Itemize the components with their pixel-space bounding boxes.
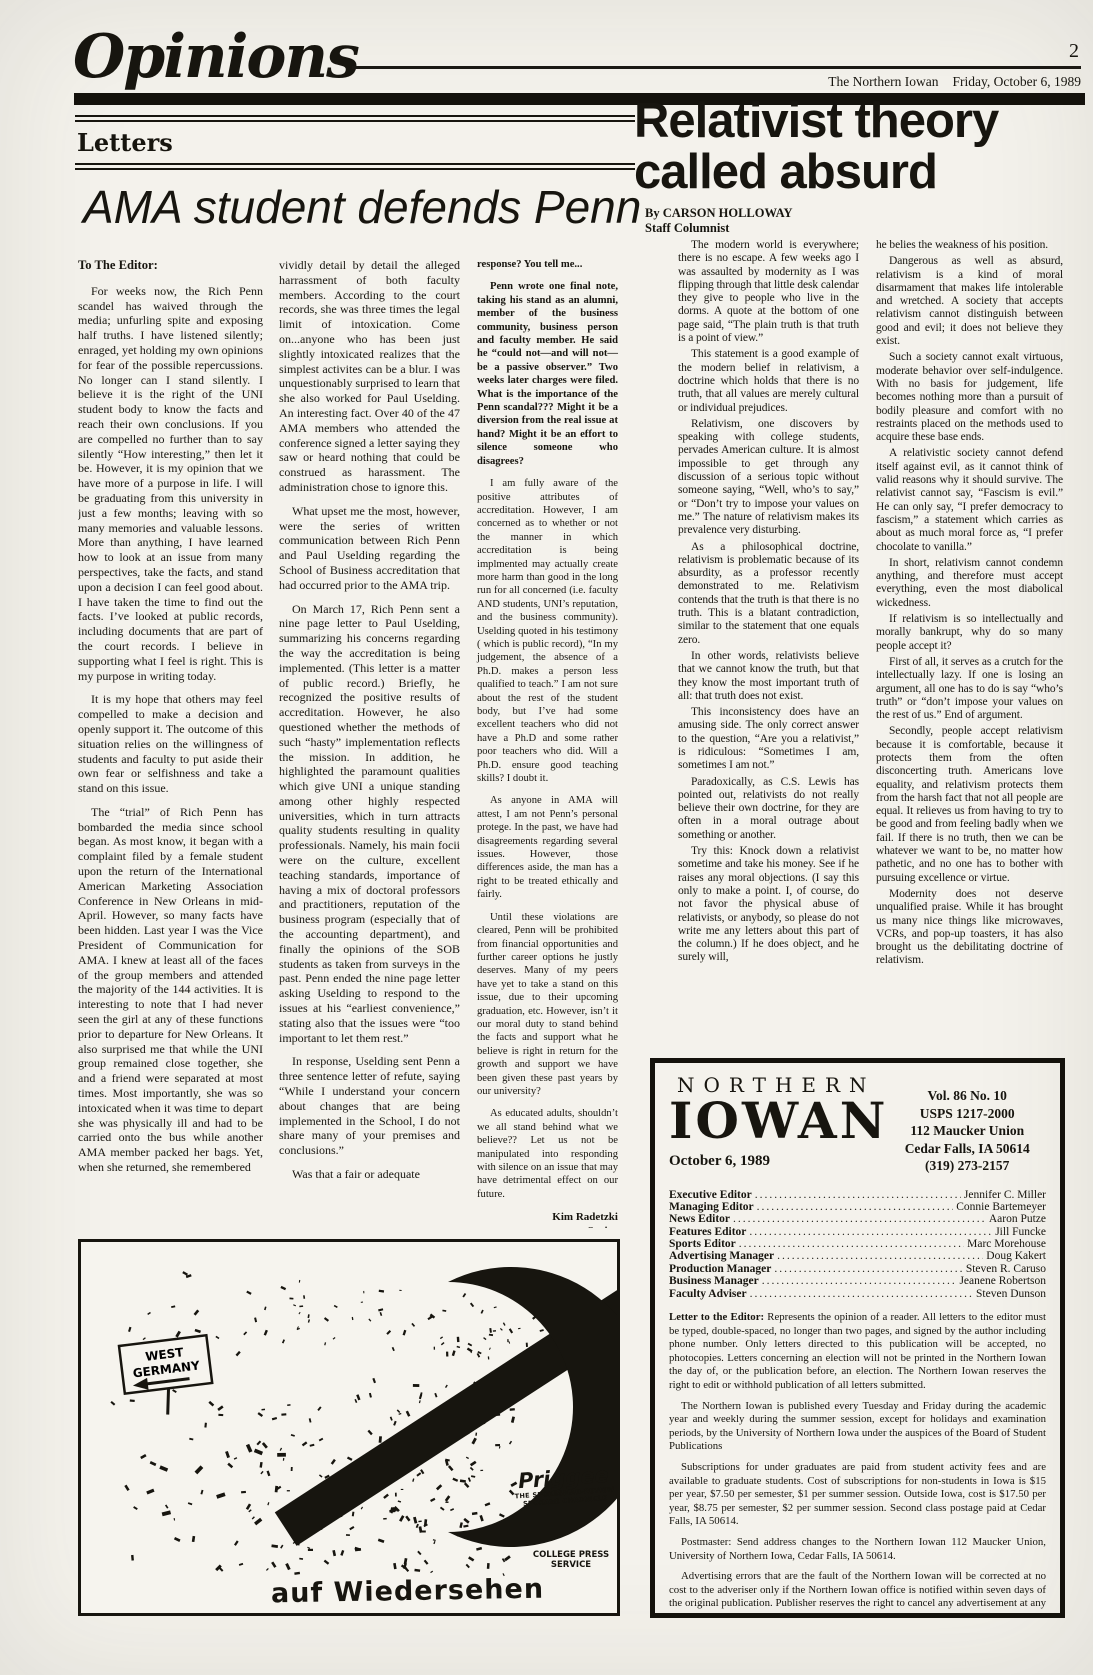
- byline: By CARSON HOLLOWAY Staff Columnist: [645, 206, 793, 236]
- letter-body: To The Editor: For weeks now, the Rich P…: [78, 258, 624, 1228]
- paragraph: Such a society cannot exalt virtuous, mo…: [876, 351, 1063, 444]
- letter-headline: AMA student defends Penn: [83, 180, 628, 234]
- masthead-box: NORTHERN IOWAN October 6, 1989 Vol. 86 N…: [650, 1058, 1065, 1618]
- publication-name: The Northern Iowan: [828, 74, 938, 89]
- dot-leader: ........................................…: [733, 1213, 986, 1225]
- section-title: Opinions: [73, 22, 358, 92]
- paragraph: vividly detail by detail the alleged har…: [279, 258, 460, 495]
- editorial-cartoon: WEST GERMANY auf Wiedersehen Priggee THE…: [78, 1239, 620, 1616]
- dot-leader: ........................................…: [739, 1238, 964, 1250]
- staff-row: Executive Editor........................…: [669, 1189, 1046, 1201]
- column-text-2: he belies the weakness of his position.D…: [876, 239, 1063, 1057]
- newspaper-page: Opinions 2 The Northern IowanFriday, Oct…: [0, 0, 1093, 1675]
- masthead-issue-date: October 6, 1989: [669, 1153, 888, 1170]
- column-body: The modern world is everywhere; there is…: [678, 239, 1086, 1057]
- letters-section-label: Letters: [77, 128, 173, 157]
- paragraph: Until these violations are cleared, Penn…: [477, 911, 618, 1099]
- paragraph: If relativism is so intellectually and m…: [876, 613, 1063, 653]
- staff-role: Managing Editor: [669, 1201, 754, 1213]
- dot-leader: ........................................…: [755, 1189, 961, 1201]
- paragraph: It is my hope that others may feel compe…: [78, 692, 263, 796]
- staff-role: Advertising Manager: [669, 1250, 774, 1262]
- cartoon-caption: auf Wiedersehen: [271, 1574, 545, 1610]
- dot-leader: ........................................…: [762, 1275, 957, 1287]
- letters-rule-top: [75, 115, 635, 122]
- paragraph: The modern world is everywhere; there is…: [678, 239, 859, 345]
- text-line: (319) 273-2157: [888, 1157, 1046, 1175]
- masthead-name-main: IOWAN: [669, 1097, 888, 1145]
- paragraph-lead: Letter to the Editor:: [669, 1311, 764, 1323]
- column-headline: Relativist theory called absurd: [634, 96, 1090, 198]
- paragraph: This statement is a good example of the …: [678, 348, 859, 414]
- text-line: 112 Maucker Union: [888, 1122, 1046, 1140]
- staff-name: Aaron Putze: [989, 1213, 1046, 1225]
- paragraph: For weeks now, the Rich Penn scandel has…: [78, 284, 263, 684]
- paragraph: The “trial” of Rich Penn has bombarded t…: [78, 805, 263, 1175]
- west-germany-sign: WEST GERMANY: [119, 1335, 215, 1419]
- paragraph: As a philosophical doctrine, relativism …: [678, 541, 859, 647]
- text-line: Vol. 86 No. 10: [888, 1087, 1046, 1105]
- staff-row: Production Manager......................…: [669, 1263, 1046, 1275]
- letters-rule-bottom: [75, 163, 635, 170]
- paragraph: Subscriptions for under graduates are pa…: [669, 1461, 1046, 1529]
- staff-role: Executive Editor: [669, 1189, 752, 1201]
- paragraph: Try this: Knock down a relativist someti…: [678, 845, 859, 965]
- text-line: Cedar Falls, IA 50614: [888, 1140, 1046, 1158]
- paragraph: Was that a fair or adequate: [279, 1167, 460, 1182]
- staff-row: Sports Editor...........................…: [669, 1238, 1046, 1250]
- page-number: 2: [1069, 40, 1079, 63]
- staff-row: Faculty Adviser.........................…: [669, 1288, 1046, 1300]
- paragraph: On March 17, Rich Penn sent a nine page …: [279, 602, 460, 1046]
- paragraph: Relativism, one discovers by speaking wi…: [678, 418, 859, 538]
- paragraph: As anyone in AMA will attest, I am not P…: [477, 794, 618, 901]
- paragraph: Advertising errors that are the fault of…: [669, 1570, 1046, 1618]
- paragraph: In other words, relativists believe that…: [678, 650, 859, 703]
- issue-date: Friday, October 6, 1989: [953, 74, 1081, 89]
- paragraph: I am fully aware of the positive attribu…: [477, 477, 618, 785]
- publication-dateline: The Northern IowanFriday, October 6, 198…: [814, 74, 1081, 90]
- salutation: To The Editor:: [78, 258, 263, 273]
- staff-name: Marc Morehouse: [967, 1238, 1046, 1250]
- column-headline-line2: called absurd: [634, 145, 937, 199]
- paragraph: This inconsistency does have an amusing …: [678, 706, 859, 772]
- dot-leader: ........................................…: [777, 1250, 983, 1262]
- byline-author: By CARSON HOLLOWAY: [645, 206, 793, 221]
- text-line: USPS 1217-2000: [888, 1105, 1046, 1123]
- staff-role: Sports Editor: [669, 1238, 736, 1250]
- staff-name: Jennifer C. Miller: [964, 1189, 1046, 1201]
- paragraph: What upset me the most, however, were th…: [279, 504, 460, 593]
- staff-row: News Editor.............................…: [669, 1213, 1046, 1225]
- letter-column-2: vividly detail by detail the alleged har…: [279, 258, 460, 1228]
- staff-role: Features Editor: [669, 1226, 746, 1238]
- paragraph: Modernity does not deserve unqualified p…: [876, 888, 1063, 968]
- paragraph: Letter to the Editor: Represents the opi…: [669, 1311, 1046, 1393]
- staff-role: Faculty Adviser: [669, 1288, 747, 1300]
- paragraph: In short, relativism cannot condemn anyt…: [876, 557, 1063, 610]
- staff-role: News Editor: [669, 1213, 730, 1225]
- paragraph: Paradoxically, as C.S. Lewis has pointed…: [678, 776, 859, 842]
- text-line: Senior: [477, 1224, 618, 1228]
- masthead-header: NORTHERN IOWAN October 6, 1989 Vol. 86 N…: [669, 1073, 1046, 1175]
- masthead-policies: Letter to the Editor: Represents the opi…: [669, 1311, 1046, 1618]
- masthead-info: Vol. 86 No. 10USPS 1217-2000112 Maucker …: [888, 1073, 1046, 1175]
- artist-signature: Priggee THE SPOKESMAN-REVIEWSPOKANE CHRO…: [508, 1462, 620, 1509]
- staff-name: Steven R. Caruso: [966, 1263, 1046, 1275]
- staff-role: Production Manager: [669, 1263, 771, 1275]
- staff-name: Steven Dunson: [976, 1288, 1046, 1300]
- staff-name: Jill Funcke: [995, 1226, 1046, 1238]
- header-rule: [352, 66, 1081, 69]
- paragraph: Postmaster: Send address changes to the …: [669, 1536, 1046, 1563]
- staff-name: Jeanene Robertson: [959, 1275, 1046, 1287]
- paragraph: A relativistic society cannot defend its…: [876, 447, 1063, 553]
- staff-row: Managing Editor.........................…: [669, 1201, 1046, 1213]
- column-text-1: The modern world is everywhere; there is…: [678, 239, 859, 1057]
- letter-signature: Kim RadetzkiSeniorBusiness/Communication: [477, 1210, 618, 1228]
- staff-row: Business Manager........................…: [669, 1275, 1046, 1287]
- staff-row: Features Editor.........................…: [669, 1226, 1046, 1238]
- staff-role: Business Manager: [669, 1275, 759, 1287]
- paragraph: Penn wrote one final note, taking his st…: [477, 280, 618, 468]
- dot-leader: ........................................…: [757, 1201, 954, 1213]
- paragraph: Dangerous as well as absurd, relativism …: [876, 255, 1063, 348]
- staff-row: Advertising Manager.....................…: [669, 1250, 1046, 1262]
- paragraph: response? You tell me...: [477, 258, 618, 271]
- byline-title: Staff Columnist: [645, 221, 793, 236]
- paragraph: The Northern Iowan is published every Tu…: [669, 1400, 1046, 1454]
- staff-name: Connie Bartemeyer: [956, 1201, 1046, 1213]
- paragraph: First of all, it serves as a crutch for …: [876, 656, 1063, 722]
- text-line: Kim Radetzki: [477, 1210, 618, 1224]
- paragraph: In response, Uselding sent Penn a three …: [279, 1054, 460, 1158]
- letter-column-3: response? You tell me...Penn wrote one f…: [477, 258, 618, 1228]
- dot-leader: ........................................…: [774, 1263, 962, 1275]
- syndicate-credit: COLLEGE PRESS SERVICE: [521, 1550, 621, 1570]
- staff-name: Doug Kakert: [986, 1250, 1046, 1262]
- paragraph: As educated adults, shouldn’t we all sta…: [477, 1107, 618, 1201]
- letter-column-1: To The Editor: For weeks now, the Rich P…: [78, 258, 263, 1228]
- column-headline-line1: Relativist theory: [634, 94, 998, 148]
- dot-leader: ........................................…: [749, 1226, 992, 1238]
- dot-leader: ........................................…: [750, 1288, 973, 1300]
- masthead-nameplate: NORTHERN IOWAN October 6, 1989: [669, 1073, 888, 1175]
- paragraph: Secondly, people accept relativism becau…: [876, 725, 1063, 885]
- staff-list: Executive Editor........................…: [669, 1189, 1046, 1301]
- paragraph: he belies the weakness of his position.: [876, 239, 1063, 252]
